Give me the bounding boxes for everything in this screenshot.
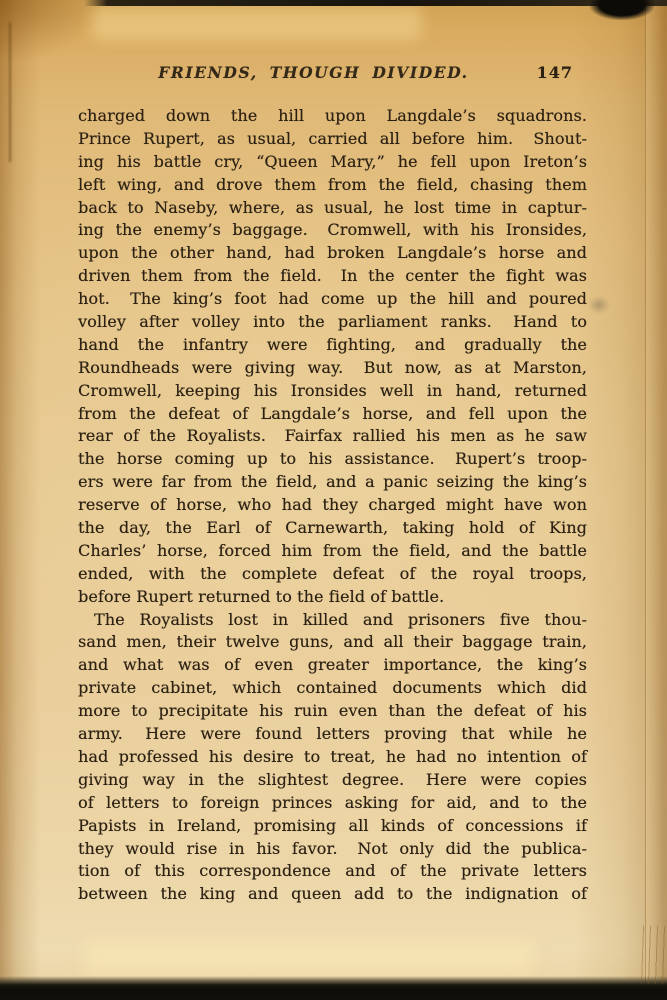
text-line: Charles’ horse, forced him from the fiel… — [78, 540, 587, 563]
fore-edge-pages — [641, 926, 667, 985]
page-body: charged down the hill upon Langdale’s sq… — [78, 105, 587, 906]
text-line: of letters to foreign princes asking for… — [78, 792, 587, 815]
text-line: the horse coming up to his assistance. R… — [78, 448, 587, 471]
scan-glare-top — [92, 6, 422, 40]
text-line: more to precipitate his ruin even than t… — [78, 700, 587, 723]
text-line: giving way in the slightest degree. Here… — [78, 769, 587, 792]
scan-top-blob — [590, 0, 654, 20]
text-line: ers were far from the field, and a panic… — [78, 471, 587, 494]
text-line: charged down the hill upon Langdale’s sq… — [78, 105, 587, 128]
text-line: reserve of horse, who had they charged m… — [78, 494, 587, 517]
scan-glare-bottom — [84, 940, 534, 976]
text-line: ing his battle cry, “Queen Mary,” he fel… — [78, 151, 587, 174]
text-line: rear of the Royalists. Fairfax rallied h… — [78, 425, 587, 448]
text-line: Prince Rupert, as usual, carried all bef… — [78, 128, 587, 151]
text-line: The Royalists lost in killed and prisone… — [78, 609, 587, 632]
text-line: Papists in Ireland, promising all kinds … — [78, 815, 587, 838]
running-header-title: FRIENDS, THOUGH DIVIDED. — [78, 63, 549, 82]
text-line: Cromwell, keeping his Ironsides well in … — [78, 380, 587, 403]
text-line: Roundheads were giving way. But now, as … — [78, 357, 587, 380]
text-line: hot. The king’s foot had come up the hil… — [78, 288, 587, 311]
text-line: army. Here were found letters proving th… — [78, 723, 587, 746]
text-line: from the defeat of Langdale’s horse, and… — [78, 403, 587, 426]
text-line: hand the infantry were fighting, and gra… — [78, 334, 587, 357]
text-line: the day, the Earl of Carnewarth, taking … — [78, 517, 587, 540]
text-line: they would rise in his favor. Not only d… — [78, 838, 587, 861]
text-line: ing the enemy’s baggage. Cromwell, with … — [78, 219, 587, 242]
text-line: private cabinet, which contained documen… — [78, 677, 587, 700]
text-line: ended, with the complete defeat of the r… — [78, 563, 587, 586]
running-header: FRIENDS, THOUGH DIVIDED. 147 — [78, 63, 589, 89]
paper-smudge — [588, 296, 610, 314]
text-line: back to Naseby, where, as usual, he lost… — [78, 197, 587, 220]
text-line: before Rupert returned to the field of b… — [78, 586, 587, 609]
page-number: 147 — [537, 63, 573, 82]
scan-top-shadow — [84, 0, 667, 6]
text-line: had professed his desire to treat, he ha… — [78, 746, 587, 769]
binding-crease — [9, 22, 11, 162]
text-line: volley after volley into the parliament … — [78, 311, 587, 334]
text-line: sand men, their twelve guns, and all the… — [78, 631, 587, 654]
text-line: and what was of even greater importance,… — [78, 654, 587, 677]
text-line: tion of this correspondence and of the p… — [78, 860, 587, 883]
page-edge-strip — [646, 0, 667, 1000]
scan-bottom-shadow — [0, 976, 667, 1000]
book-page-scan: FRIENDS, THOUGH DIVIDED. 147 charged dow… — [0, 0, 667, 1000]
text-line: upon the other hand, had broken Langdale… — [78, 242, 587, 265]
text-line: left wing, and drove them from the field… — [78, 174, 587, 197]
text-line: driven them from the field. In the cente… — [78, 265, 587, 288]
text-line: between the king and queen add to the in… — [78, 883, 587, 906]
